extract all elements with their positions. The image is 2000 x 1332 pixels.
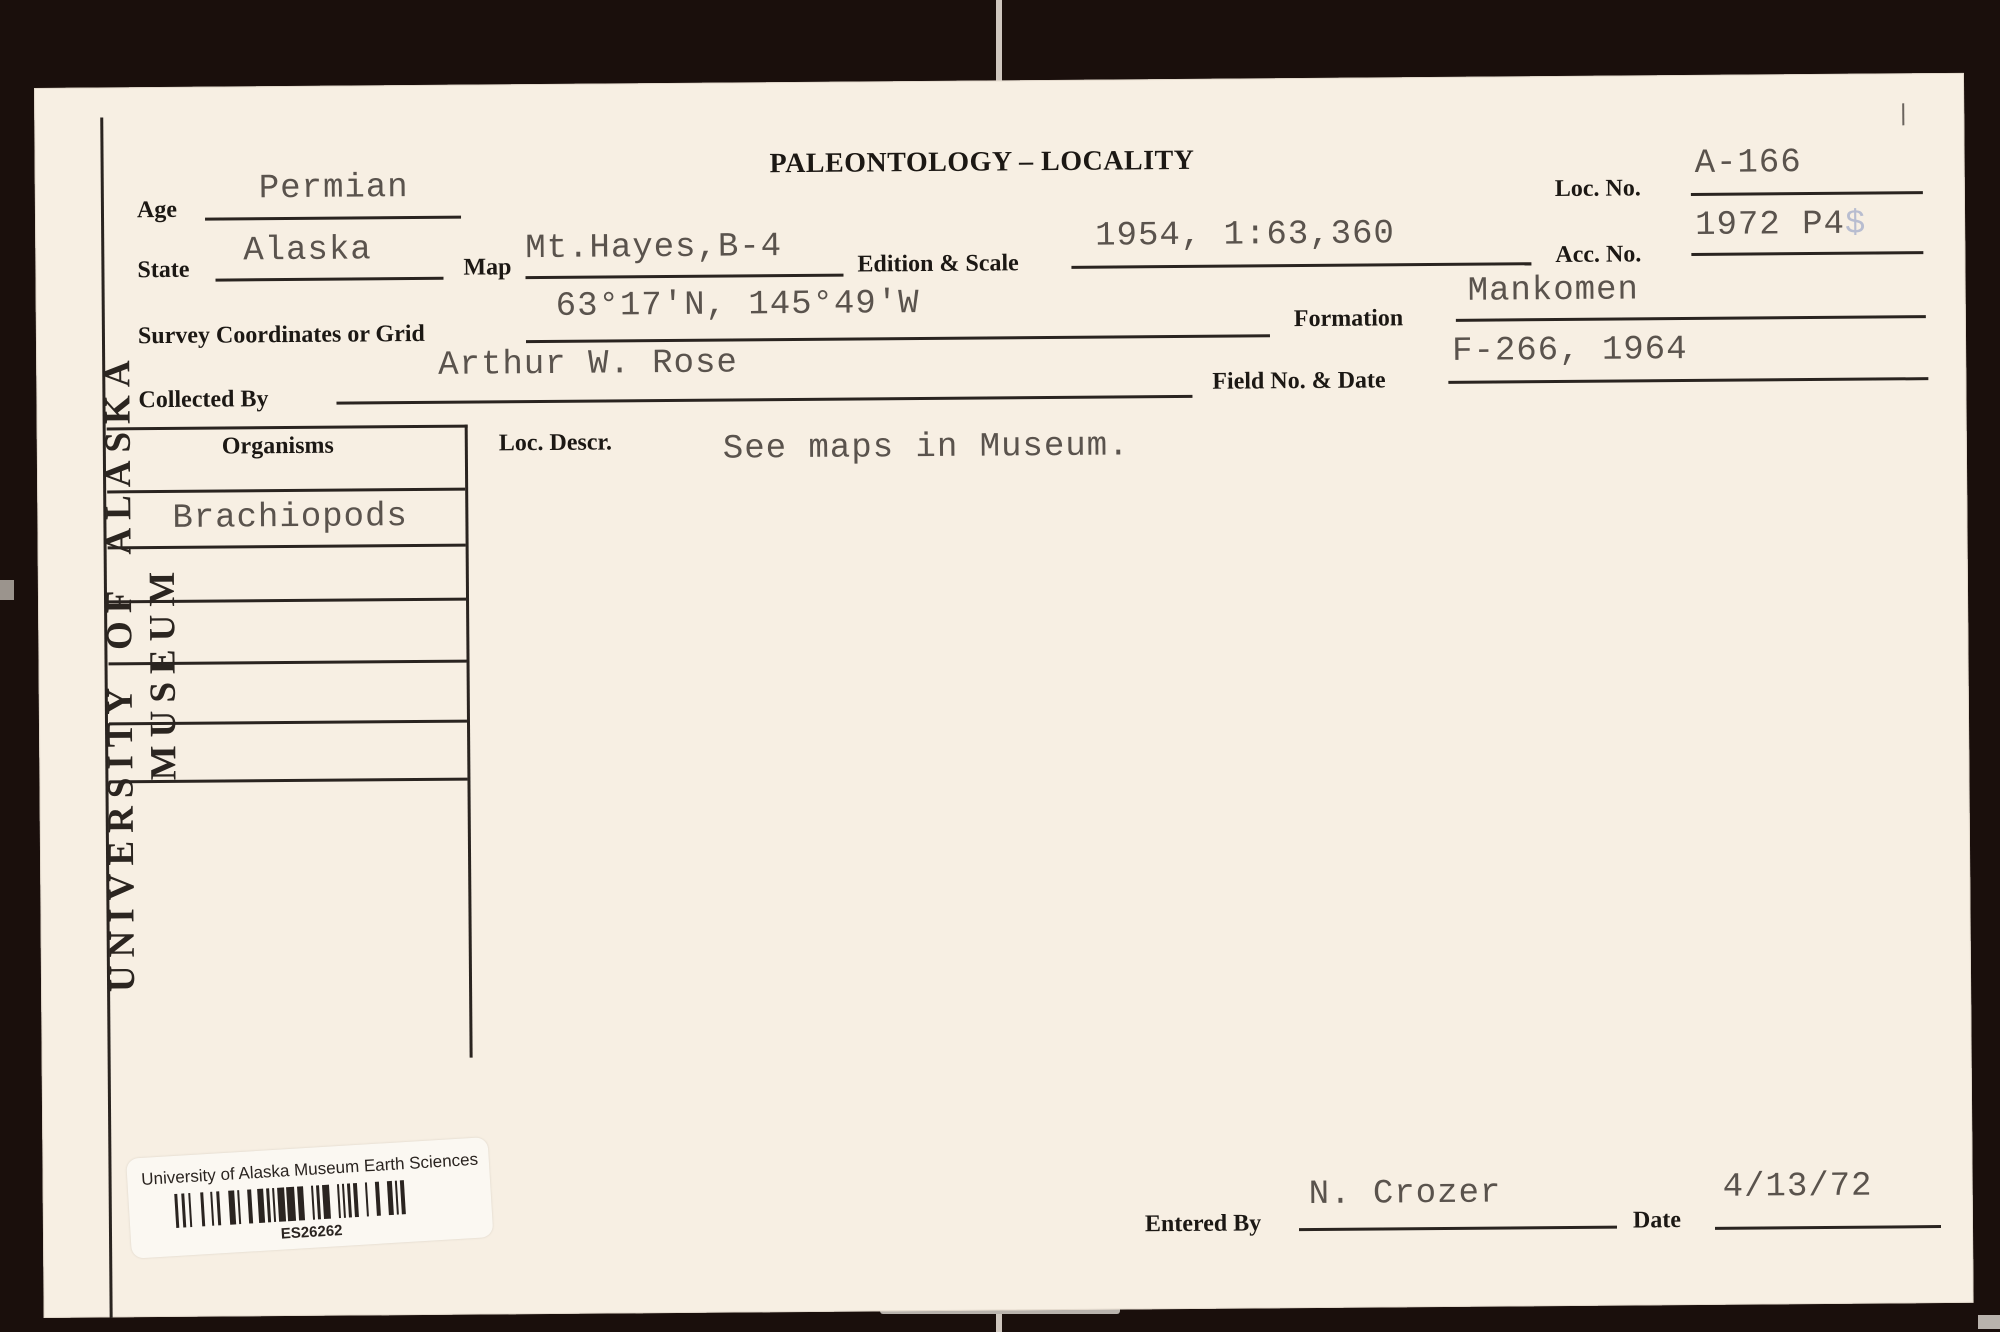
- organisms-header: Organisms: [222, 433, 334, 461]
- acc-no-faint-mark: $: [1845, 206, 1867, 244]
- table-row: [108, 544, 466, 550]
- age-value: Permian: [259, 169, 409, 208]
- acc-no-value: 1972 P4$: [1695, 206, 1867, 245]
- state-rule: [216, 277, 444, 282]
- collected-by-label: Collected By: [138, 386, 268, 414]
- table-row: [109, 720, 467, 726]
- loc-descr-value: See maps in Museum.: [723, 427, 1130, 468]
- holder-clip: [0, 580, 14, 600]
- age-rule: [205, 216, 461, 221]
- loc-no-value: A-166: [1694, 144, 1801, 183]
- date-rule: [1715, 1225, 1941, 1230]
- field-no-date-value: F-266, 1964: [1452, 331, 1688, 371]
- organisms-table: Organisms Brachiopods: [107, 425, 473, 1061]
- holder-clip: [1978, 1315, 2000, 1329]
- table-row: [107, 488, 465, 494]
- edition-scale-rule: [1071, 262, 1531, 269]
- map-value: Mt.Hayes,B-4: [525, 228, 782, 268]
- table-row: [108, 598, 466, 604]
- table-row: [109, 778, 467, 784]
- acc-no-label: Acc. No.: [1555, 241, 1641, 269]
- edition-scale-value: 1954, 1:63,360: [1095, 215, 1395, 255]
- formation-rule: [1456, 315, 1926, 322]
- formation-value: Mankomen: [1467, 271, 1639, 310]
- edition-scale-label: Edition & Scale: [857, 250, 1019, 278]
- map-label: Map: [463, 254, 511, 281]
- loc-no-label: Loc. No.: [1555, 175, 1641, 203]
- pencil-mark: [1902, 103, 1904, 125]
- map-rule: [525, 274, 843, 279]
- loc-no-rule: [1691, 191, 1923, 196]
- state-value: Alaska: [243, 231, 372, 270]
- table-row: [109, 660, 467, 666]
- specimen-code: ES26262: [280, 1222, 343, 1243]
- date-value: 4/13/72: [1723, 1168, 1873, 1207]
- date-label: Date: [1633, 1207, 1681, 1234]
- age-label: Age: [137, 197, 177, 224]
- locality-card: UNIVERSITY OF ALASKA MUSEUM PALEONTOLOGY…: [34, 73, 1974, 1318]
- survey-coordinates-value: 63°17'N, 145°49'W: [556, 285, 920, 326]
- survey-coordinates-rule: [526, 334, 1270, 343]
- formation-label: Formation: [1294, 305, 1404, 333]
- entered-by-value: N. Crozer: [1309, 1175, 1502, 1215]
- specimen-barcode-label: University of Alaska Museum Earth Scienc…: [126, 1137, 493, 1259]
- field-no-date-rule: [1448, 377, 1928, 384]
- entered-by-label: Entered By: [1145, 1210, 1261, 1238]
- field-no-date-label: Field No. & Date: [1212, 367, 1386, 395]
- acc-no-rule: [1691, 251, 1923, 256]
- acc-no-text: 1972 P4: [1695, 206, 1845, 245]
- card-title: PALEONTOLOGY – LOCALITY: [769, 145, 1194, 180]
- collected-by-value: Arthur W. Rose: [438, 344, 738, 384]
- loc-descr-label: Loc. Descr.: [499, 429, 612, 457]
- state-label: State: [137, 257, 189, 284]
- organism-entry: Brachiopods: [172, 498, 408, 538]
- entered-by-rule: [1299, 1226, 1617, 1231]
- survey-coordinates-label: Survey Coordinates or Grid: [138, 321, 425, 350]
- collected-by-rule: [336, 395, 1192, 405]
